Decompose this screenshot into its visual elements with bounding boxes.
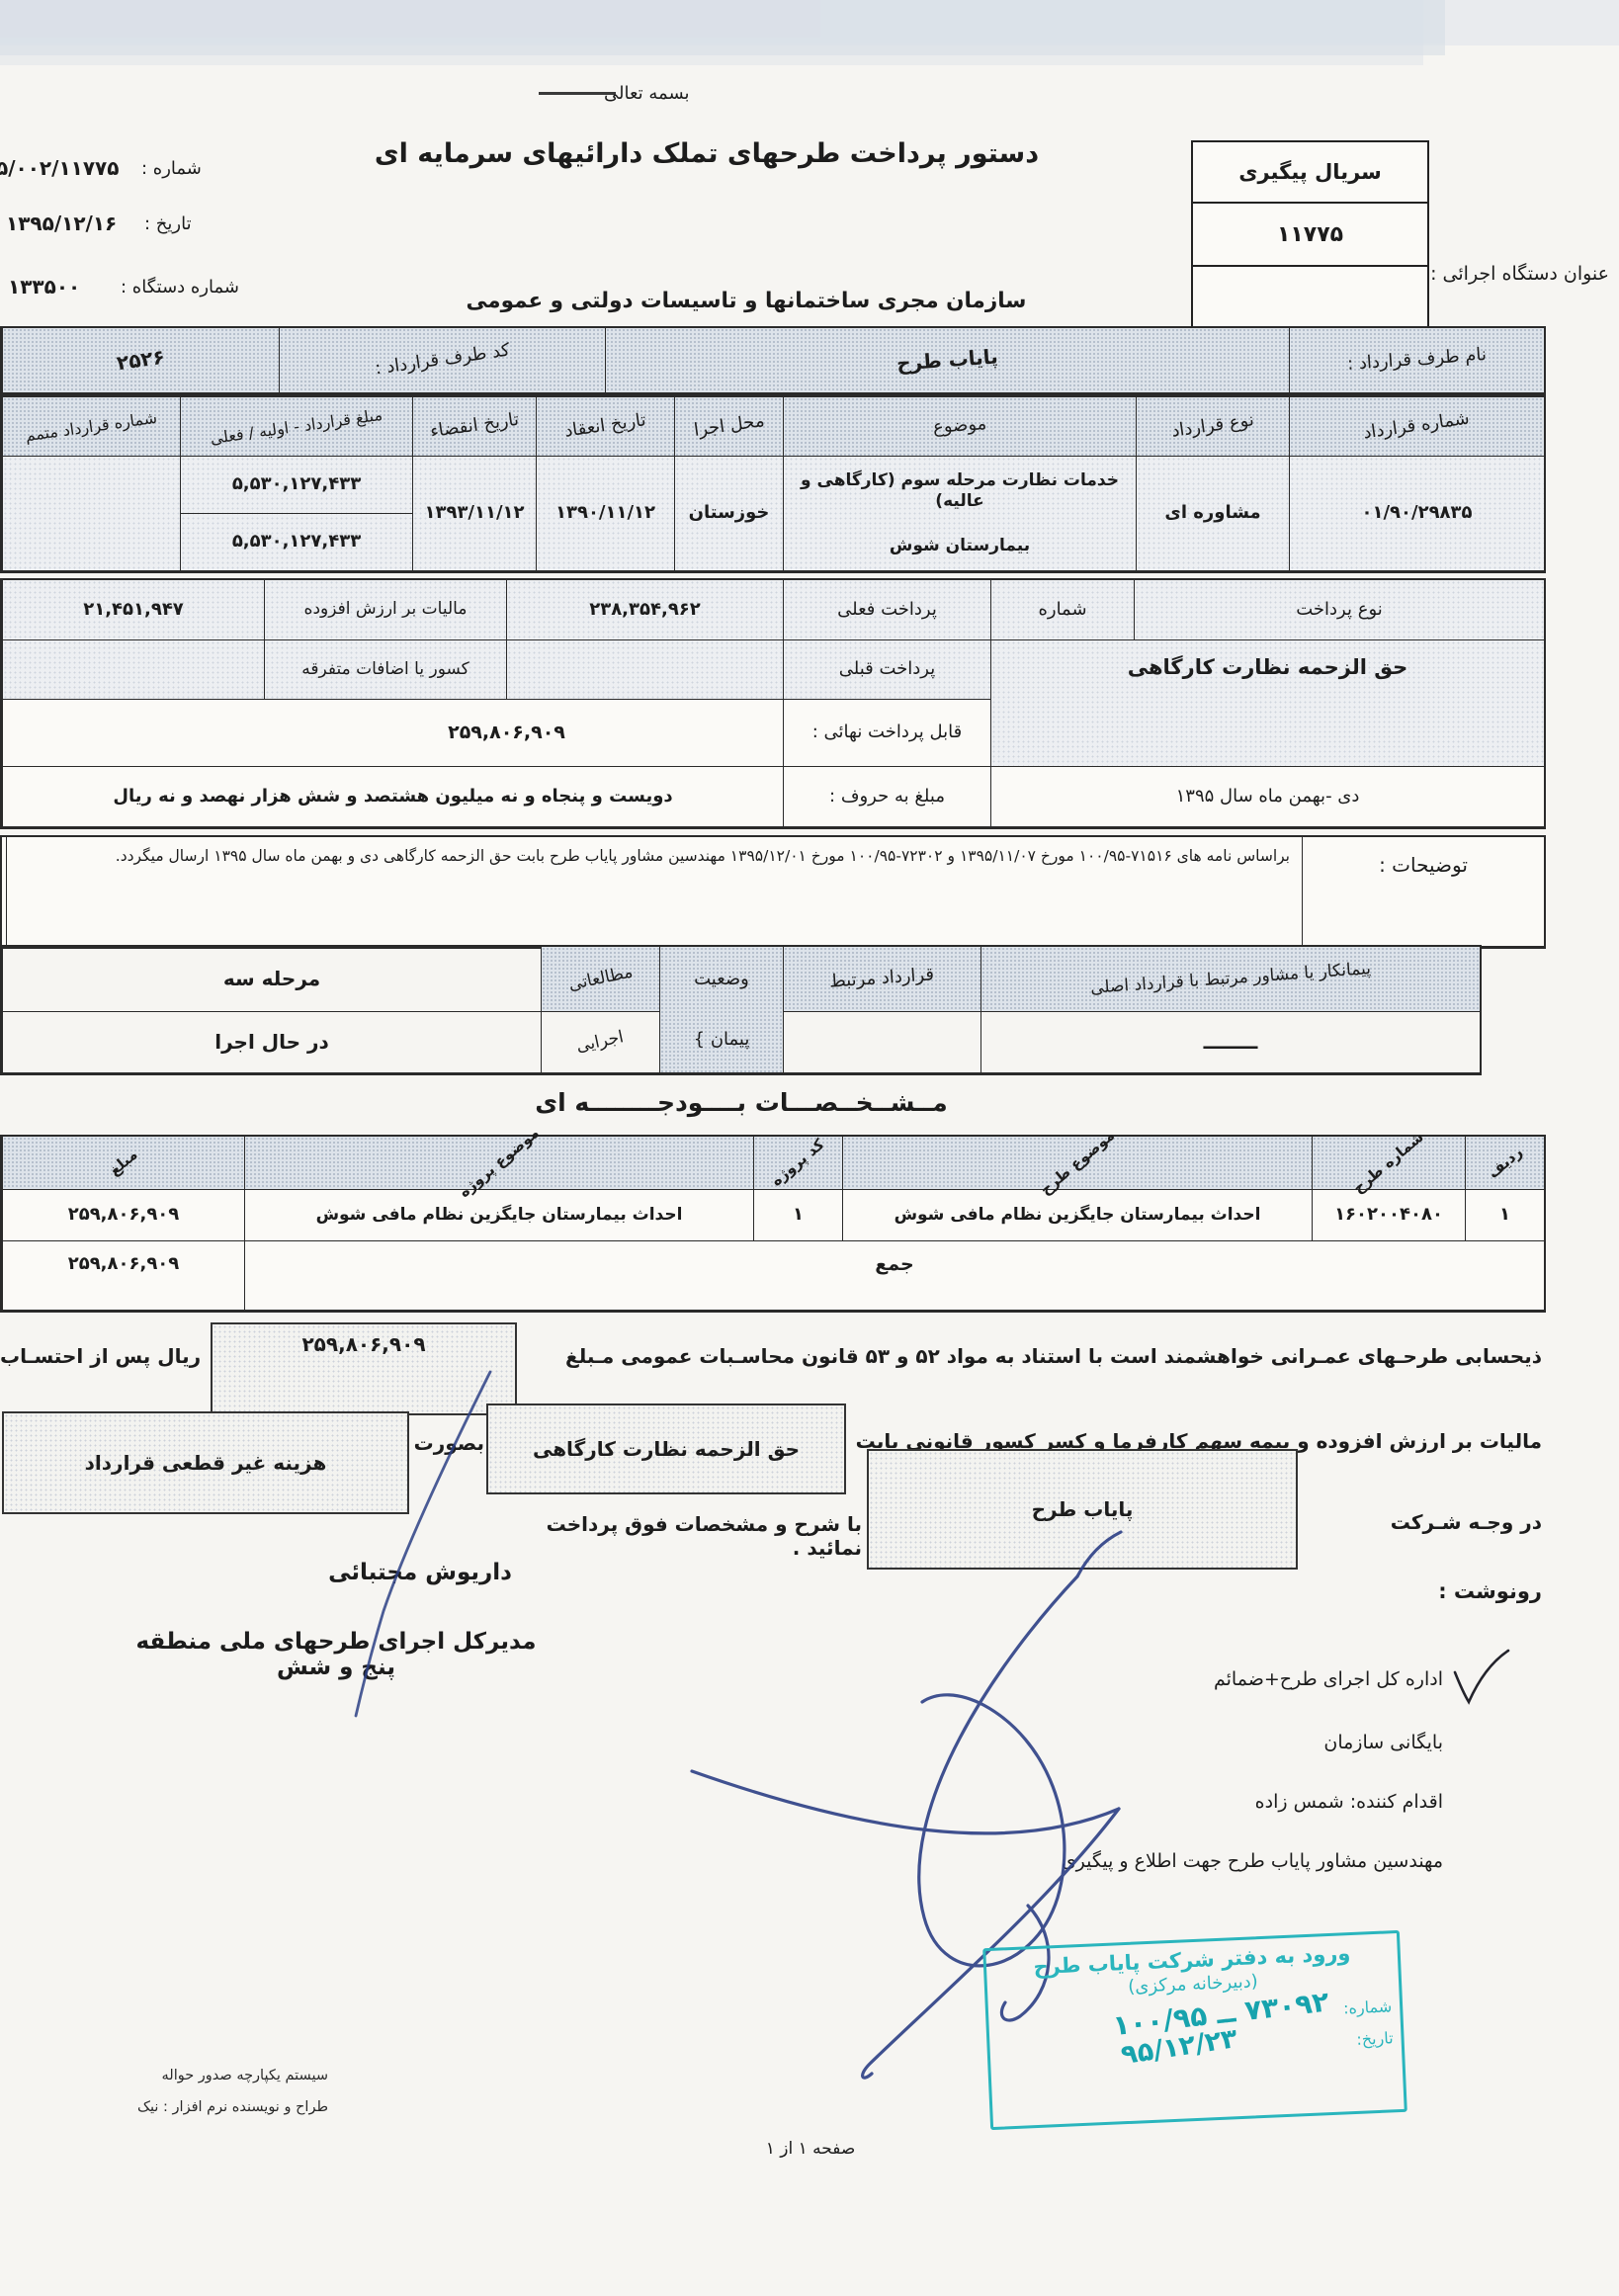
deductions-value [2, 640, 264, 700]
scan-artifact-band [0, 0, 1619, 45]
budget-header-amount: مبلغ [2, 1137, 244, 1190]
fee-type-box: حق الزحمه نظارت کارگاهی [486, 1403, 846, 1494]
notes-text: براساس نامه های ۷۱۵۱۶-۱۰۰/۹۵ مورخ ۱۳۹۵/۱… [6, 837, 1302, 947]
contract-expire-date-value: ۱۳۹۳/۱۱/۱۲ [412, 457, 536, 571]
cc-item-handler: اقدام کننده: شمس زاده [1255, 1791, 1443, 1813]
deductions-label: کسور یا اضافات متفرقه [264, 640, 506, 700]
tracking-serial-box: سریال پیگیری ۱۱۷۷۵ [1191, 140, 1429, 330]
document-title: دستور پرداخت طرحهای تملک دارائیهای سرمای… [316, 138, 1097, 169]
peyman-word: { پیمان [694, 1029, 750, 1052]
related-contract-header: قرارداد مرتبط [783, 947, 980, 1012]
contract-expire-date-header: تاریخ انقضاء [412, 397, 536, 457]
vat-value: ۲۱,۴۵۱,۹۴۷ [2, 580, 264, 640]
stamp-number-label: شماره: [1343, 1997, 1393, 2017]
cc-label: رونوشت : [1438, 1579, 1542, 1603]
agency-title-label: عنوان دستگاه اجرائی : [1430, 263, 1609, 285]
tracking-serial-value: ۱۱۷۷۵ [1193, 204, 1427, 267]
phase-value: مرحله سه [2, 947, 541, 1012]
contract-location-value: خوزستان [674, 457, 783, 571]
contract-detail-table: شماره قرارداد نوع قرارداد موضوع محل اجرا… [0, 395, 1546, 573]
contract-subject-line2: بیمارستان شوش [890, 536, 1030, 556]
contract-subject-line1: خدمات نظارت مرحله سوم (کارگاهی و عالیه) [789, 470, 1131, 513]
cc-item-archive: بایگانی سازمان [1323, 1732, 1443, 1753]
budget-table: ردیف شماره طرح موضوع طرح کد پروژه موضوع … [0, 1135, 1546, 1313]
signature-pen-stroke [297, 1364, 514, 1730]
budget-plan-no: ۱۶۰۲۰۰۴۰۸۰ [1312, 1190, 1465, 1241]
budget-header-project-subject: موضوع پروژه [244, 1137, 753, 1190]
contract-location-header: محل اجرا [674, 397, 783, 457]
budget-sum-value: ۲۵۹,۸۰۶,۹۰۹ [2, 1241, 244, 1311]
besmele: بسمه تعالی [539, 83, 690, 104]
amount-in-words-label: مبلغ به حروف : [783, 767, 990, 827]
contract-no-value: ۰۱/۹۰/۲۹۸۳۵ [1289, 457, 1544, 571]
final-payable-label: قابل پرداخت نهائی : [783, 700, 990, 767]
budget-row-index: ۱ [1465, 1190, 1544, 1241]
party-name-value: پایاب طرح [605, 328, 1289, 393]
contract-amount-initial: ۵,۵۳۰,۱۲۷,۴۳۳ [181, 457, 412, 514]
contract-sign-date-value: ۱۳۹۰/۱۱/۱۲ [536, 457, 674, 571]
doc-number-label: شماره : [141, 158, 202, 179]
software-author: طراح و نویسنده نرم افزار : نیک [59, 2099, 328, 2115]
doc-date-value: ۱۳۹۵/۱۲/۱۶ [6, 212, 117, 235]
status-word: وضعیت [694, 969, 749, 991]
order-line3-text: در وجـه شـرکت [1391, 1510, 1542, 1534]
stamp-date-label: تاریخ: [1356, 2028, 1394, 2049]
execution-option: اجرایی [541, 1012, 659, 1073]
contract-status-table: پیمانکار یا مشاور مرتبط با قرارداد اصلی … [0, 945, 1482, 1075]
device-number-label: شماره دستگاه : [121, 277, 239, 298]
contract-subject-value: خدمات نظارت مرحله سوم (کارگاهی و عالیه) … [783, 457, 1136, 571]
payment-table: نوع پرداخت شماره پرداخت فعلی ۲۳۸,۳۵۴,۹۶۲… [0, 578, 1546, 829]
budget-header-project-code: کد پروژه [753, 1137, 842, 1190]
previous-payment-label: پرداخت قبلی [783, 640, 990, 700]
payment-type-value: حق الزحمه نظارت کارگاهی [990, 640, 1544, 767]
contract-sign-date-header: تاریخ انعقاد [536, 397, 674, 457]
contract-party-table: نام طرف قرارداد : پایاب طرح کد طرف قرارد… [0, 326, 1546, 395]
contract-no-header: شماره قرارداد [1289, 397, 1544, 457]
related-contractor-header: پیمانکار یا مشاور مرتبط با قرارداد اصلی [980, 947, 1480, 1012]
contract-amount-current: ۵,۵۳۰,۱۲۷,۴۳۳ [181, 514, 412, 570]
contract-amount-value: ۵,۵۳۰,۱۲۷,۴۳۳ ۵,۵۳۰,۱۲۷,۴۳۳ [180, 457, 412, 571]
current-payment-value: ۲۳۸,۳۵۴,۹۶۲ [506, 580, 783, 640]
state-value: در حال اجرا [2, 1012, 541, 1073]
budget-header-plan-subject: موضوع طرح [842, 1137, 1312, 1190]
contract-supplement-value [2, 457, 180, 571]
doc-number-value: ۵/۰۰۲/۱۱۷۷۵ [0, 156, 119, 180]
checkmark-icon [1445, 1645, 1516, 1714]
tracking-serial-empty-row [1193, 267, 1427, 328]
amount-in-words-value: دویست و پنجاه و نه میلیون هشتصد و شش هزا… [2, 767, 783, 827]
contract-type-value: مشاوره ای [1136, 457, 1289, 571]
party-name-label: نام طرف قرارداد : [1289, 328, 1544, 393]
doc-date-label: تاریخ : [144, 213, 192, 234]
final-payable-value: ۲۵۹,۸۰۶,۹۰۹ [2, 700, 783, 767]
notes-row: توضیحات : براساس نامه های ۷۱۵۱۶-۱۰۰/۹۵ م… [0, 835, 1546, 949]
payment-period: دی -بهمن ماه سال ۱۳۹۵ [990, 767, 1544, 827]
contract-subject-header: موضوع [783, 397, 1136, 457]
budget-project-code: ۱ [753, 1190, 842, 1241]
budget-project-subject: احداث بیمارستان جایگزین نظام مافی شوش [244, 1190, 753, 1241]
related-contract-value [783, 1012, 980, 1073]
cc-item-plan-office: اداره کل اجرای طرح+ضمائم [1214, 1668, 1443, 1690]
company-entry-stamp: ورود به دفتر شرکت پایاب طرح (دبیرخانه مر… [982, 1930, 1407, 2130]
besmele-text: بسمه تعالی [604, 83, 690, 104]
device-number-value: ۱۳۳۵۰۰ [8, 275, 80, 298]
scanned-payment-order-document: بسمه تعالی سریال پیگیری ۱۱۷۷۵ عنوان دستگ… [0, 0, 1619, 2296]
software-name: سیستم یکپارچه صدور حواله [91, 2068, 328, 2083]
related-contractor-value: ــــــــ [980, 1012, 1480, 1073]
budget-plan-subject: احداث بیمارستان جایگزین نظام مافی شوش [842, 1190, 1312, 1241]
budget-header-plan-no: شماره طرح [1312, 1137, 1465, 1190]
budget-amount: ۲۵۹,۸۰۶,۹۰۹ [2, 1190, 244, 1241]
contract-amount-header: مبلغ قرارداد - اولیه / فعلی [180, 397, 412, 457]
previous-payment-value [506, 640, 783, 700]
party-code-value: ۲۵۲۶ [2, 328, 279, 393]
party-code-label: کد طرف قرارداد : [279, 328, 605, 393]
payment-type-header: نوع پرداخت [1134, 580, 1544, 640]
order-line1-tail: ریال پس از احتسـاب [0, 1344, 206, 1368]
payment-no-header: شماره [990, 580, 1134, 640]
current-payment-label: پرداخت فعلی [783, 580, 990, 640]
contract-supplement-header: شماره قرارداد متمم [2, 397, 180, 457]
vat-label: مالیات بر ارزش افزوده [264, 580, 506, 640]
budget-sum-label: جمع [244, 1241, 1544, 1311]
budget-section-title: مــشــخــصـــات بــــودجــــــــه ای [376, 1088, 1107, 1117]
order-line1-text: ذیحسابی طرحـهای عمـرانی خواهشمند است با … [565, 1344, 1542, 1368]
notes-label: توضیحات : [1302, 837, 1544, 947]
executing-organization: سازمان مجری ساختمانها و تاسیسات دولتی و … [435, 289, 1058, 313]
study-option: مطالعاتی [541, 947, 659, 1012]
tracking-serial-label: سریال پیگیری [1193, 142, 1427, 204]
page-number: صفحه ۱ از ۱ [722, 2139, 899, 2159]
contract-state-header: وضعیت { پیمان [659, 947, 783, 1073]
contract-type-header: نوع قرارداد [1136, 397, 1289, 457]
budget-header-row-index: ردیف [1465, 1137, 1544, 1190]
